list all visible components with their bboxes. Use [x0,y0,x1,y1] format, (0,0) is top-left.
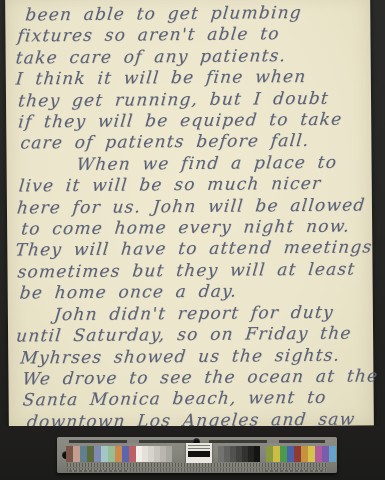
letter-line: John didn't report for duty [53,302,370,326]
color-patch [108,446,115,462]
letter-line: I think it will be fine when [15,67,368,91]
color-patch [266,446,273,462]
letter-line: fixtures so aren't able to [16,24,367,48]
color-patch [280,446,287,462]
letter-page: been able to get plumbingfixtures so are… [5,0,374,429]
color-patch [329,446,336,462]
label-line [188,445,210,446]
letter-line: They will have to attend meetings [14,238,369,263]
color-patch [87,446,94,462]
color-patch [322,446,329,462]
color-patch [315,446,322,462]
letter-line: until Saturday, so on Friday the [15,324,370,349]
color-patch [129,446,136,462]
exposure-label-card [186,443,212,465]
ruler-ticks-row1 [67,463,327,467]
letter-line: care of patients before fall. [19,131,368,155]
center-gap [172,446,186,462]
label-barcode-strip [188,451,210,457]
letter-line: they get running, but I doubt [17,88,368,112]
bar-caption-right [265,470,325,472]
color-patch [122,446,129,462]
bar-caption-left [69,470,129,472]
color-patch [287,446,294,462]
letter-line: Santa Monica beach, went to [22,388,371,412]
letter-line: When we find a place to [76,152,369,176]
letter-line: live it will be so much nicer [18,174,369,198]
color-patch [101,446,108,462]
color-patch [115,446,122,462]
color-patch [294,446,301,462]
color-patch [308,446,315,462]
letter-line: be home once a day. [19,281,370,305]
left-color-patches [66,446,136,462]
color-patch [273,446,280,462]
color-patch [94,446,101,462]
color-patch [73,446,80,462]
color-patch [301,446,308,462]
right-color-patches [266,446,336,462]
color-patch [80,446,87,462]
color-calibration-bar [57,437,337,473]
patch-row [66,446,336,462]
letter-line: Myhrses showed us the sights. [19,345,370,369]
light-gray-steps [136,446,172,462]
color-patch [66,446,73,462]
dark-gray-steps [218,446,260,462]
letter-text: been able to get plumbingfixtures so are… [13,2,370,433]
label-line [188,448,210,449]
